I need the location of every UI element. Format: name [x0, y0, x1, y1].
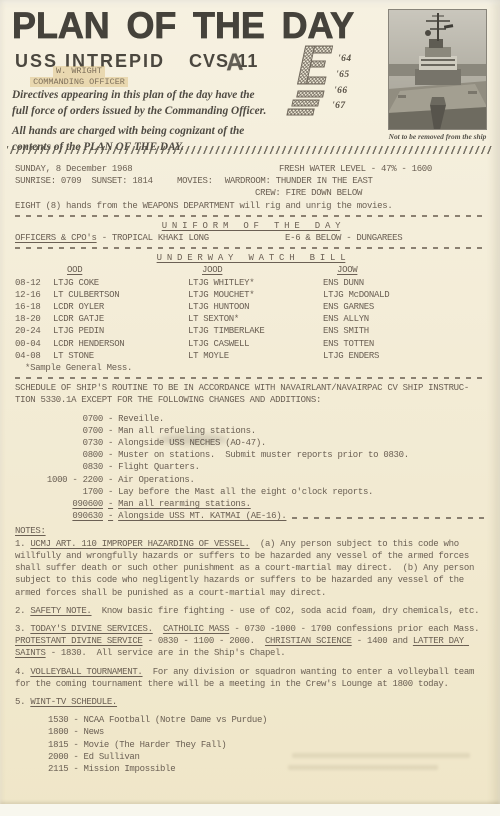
ink-smudge: [158, 434, 228, 445]
hull-prefix: CVS: [189, 51, 229, 71]
schedule-item: 090600-Man all rearming stations.: [15, 498, 487, 510]
note-title: WINT-TV SCHEDULE.: [30, 697, 117, 707]
co-name: W. WRIGHT: [53, 66, 105, 77]
plan-of-the-day-document: PLAN OF THE DAY USS INTREPIDCVSA11 W. WR…: [0, 0, 500, 816]
photo-caption: Not to be removed from the ship: [380, 132, 495, 141]
watch-row: 12-16LT CULBERTSONLTJG MOUCHET*LTJG McDO…: [15, 289, 487, 301]
watch-row: 04-08LT STONELT MOYLELTJG ENDERS: [15, 350, 487, 362]
watchbill-heading: U N D E R W A Y W A T C H B I L L: [157, 253, 346, 263]
schedule-item: 1700-Lay before the Mast all the eight o…: [15, 486, 487, 498]
schedule-intro: SCHEDULE OF SHIP'S ROUTINE TO BE IN ACCO…: [15, 382, 487, 406]
enlisted-uniform: E-6 & BELOW - DUNGAREES: [285, 232, 402, 244]
note-title: TODAY'S DIVINE SERVICES.: [30, 624, 152, 634]
fresh-water-level: FRESH WATER LEVEL - 47% - 1600: [279, 163, 432, 175]
award-year: '65: [336, 70, 350, 80]
commanding-officer-block: W. WRIGHT COMMANDING OFFICER: [20, 66, 138, 87]
note-item-2: 2. SAFETY NOTE. Know basic fire fighting…: [15, 605, 487, 617]
watch-row: 08-12LTJG COKELTJG WHITLEY*ENS DUNN: [15, 277, 487, 289]
award-year: '64: [338, 54, 352, 64]
schedule-item: 0830-Flight Quarters.: [15, 461, 487, 473]
document-body: SUNDAY, 8 December 1968 FRESH WATER LEVE…: [15, 163, 487, 781]
award-year: '66: [334, 86, 348, 96]
note-title: SAFETY NOTE.: [30, 606, 91, 616]
tv-schedule-item: 1530-NCAA Football (Notre Dame vs Purdue…: [15, 714, 487, 726]
schedule-item: 0800-Muster on stations. Submit muster r…: [15, 449, 487, 461]
officers-uniform: OFFICERS & CPO's - TROPICAL KHAKI LONG: [15, 232, 285, 244]
award-year: '67: [332, 101, 346, 111]
section-divider: [292, 517, 487, 519]
bleed-through-mark: [292, 753, 470, 758]
schedule-item: 090630-Alongside USS MT. KATMAI (AE-16).: [15, 510, 487, 522]
watch-row: 20-24LTJG PEDINLTJG TIMBERLAKEENS SMITH: [15, 325, 487, 337]
battle-efficiency-e-award: '64 '65 '66 '67: [286, 44, 374, 130]
bleed-through-mark: [288, 765, 438, 770]
watch-row: 16-18LCDR OYLERLTJG HUNTOONENS GARNES: [15, 301, 487, 313]
watch-row: 18-20LCDR GATJELT SEXTON*ENS ALLYN: [15, 313, 487, 325]
directives-statement: Directives appearing in this plan of the…: [12, 88, 290, 155]
note-body: Know basic fire fighting - use of CO2, s…: [92, 606, 480, 616]
carrier-island-photo: [388, 9, 487, 130]
schedule-item: 1000 - 2200-Air Operations.: [15, 474, 487, 486]
column-header-ood: OOD: [67, 265, 82, 275]
wardroom-movie: WARDROOM: THUNDER IN THE EAST: [225, 175, 373, 187]
watchbill-column-headers: OOD JOOD JOOW: [15, 264, 487, 276]
hatched-divider: [7, 146, 493, 154]
christian-science-label: CHRISTIAN SCIENCE: [265, 636, 352, 646]
note-item-4: 4. VOLLEYBALL TOURNAMENT. For any divisi…: [15, 666, 487, 690]
page-title: PLAN OF THE DAY: [12, 7, 354, 44]
note-item-5: 5. WINT-TV SCHEDULE. 1530-NCAA Football …: [15, 696, 487, 775]
protestant-service-label: PROTESTANT DIVINE SERVICE: [15, 636, 143, 646]
tv-schedule-item: 1815-Movie (The Harder They Fall): [15, 739, 487, 751]
watchbill-footnote: *Sample General Mess.: [15, 362, 487, 374]
movie-rigging-note: EIGHT (8) hands from the WEAPONS DEPARTM…: [15, 201, 392, 211]
notes-heading: NOTES:: [15, 526, 46, 536]
section-divider: [15, 377, 487, 379]
watch-row: 00-04LCDR HENDERSONLTJG CASWELLENS TOTTE…: [15, 338, 487, 350]
section-divider: [15, 247, 487, 249]
catholic-mass-label: CATHOLIC MASS: [163, 624, 229, 634]
tv-schedule-item: 1800-News: [15, 726, 487, 738]
ship-photo: [388, 9, 487, 130]
note-item-1: 1. UCMJ ART. 110 IMPROPER HAZARDING OF V…: [15, 538, 487, 599]
note-title: VOLLEYBALL TOURNAMENT.: [30, 667, 142, 677]
note-item-3: 3. TODAY'S DIVINE SERVICES. CATHOLIC MAS…: [15, 623, 487, 660]
co-title: COMMANDING OFFICER: [30, 77, 128, 88]
schedule-item: 0700-Man all refueling stations.: [15, 425, 487, 437]
column-header-joow: JOOW: [337, 265, 357, 275]
hull-designation: CVSA11: [189, 51, 258, 71]
schedule-item: 0730-Alongside USS NECHES (AO-47).: [15, 437, 487, 449]
scan-edge: [0, 804, 500, 816]
sunrise-sunset: SUNRISE: 0709 SUNSET: 1814: [15, 175, 177, 187]
date-line: SUNDAY, 8 December 1968: [15, 163, 132, 175]
e-award-icon: [286, 44, 340, 124]
column-header-jood: JOOD: [202, 265, 222, 275]
stamp-a-mark: A: [226, 49, 245, 78]
movies-label: MOVIES:: [177, 175, 213, 187]
crew-movie: CREW: FIRE DOWN BELOW: [255, 188, 362, 198]
note-title: UCMJ ART. 110 IMPROPER HAZARDING OF VESS…: [30, 539, 249, 549]
section-divider: [15, 215, 487, 217]
schedule-item: 0700-Reveille.: [15, 413, 487, 425]
uniform-heading: U N I F O R M O F T H E D A Y: [162, 221, 341, 231]
